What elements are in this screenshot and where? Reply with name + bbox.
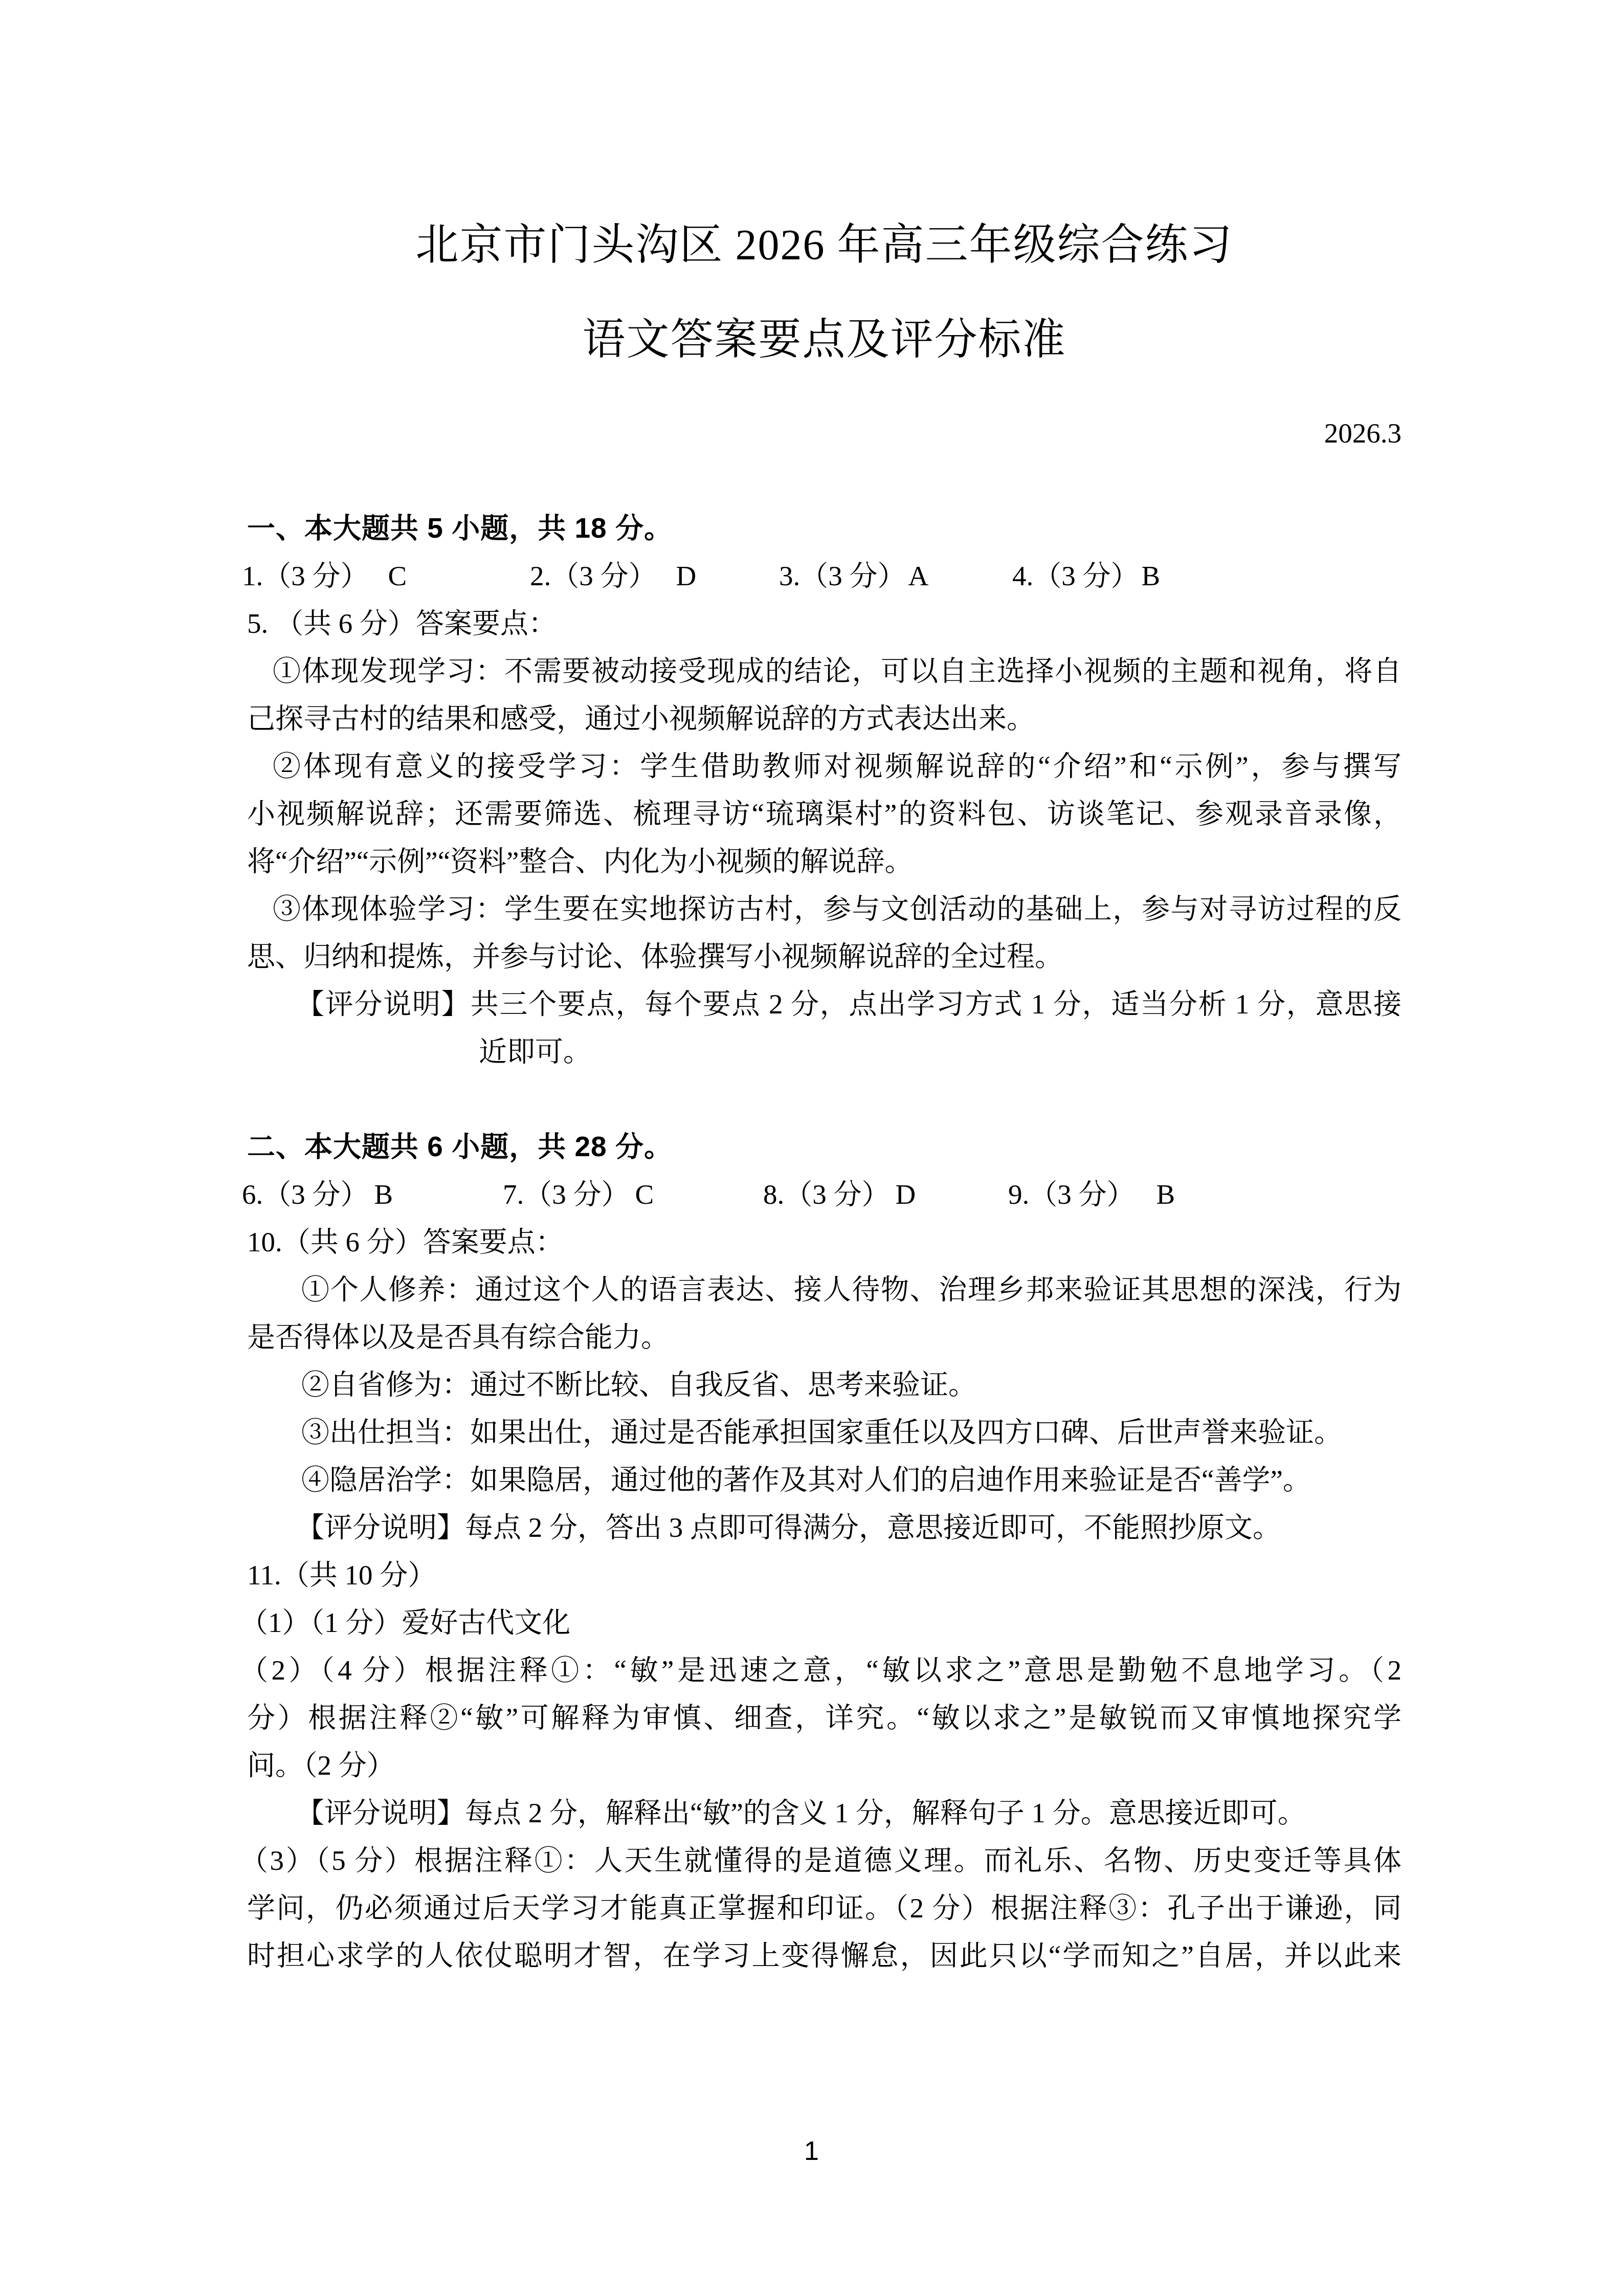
- section2-heading: 二、本大题共 6 小题，共 28 分。: [247, 1123, 1402, 1171]
- mcq-row-2: 6.（3 分）B 7.（3 分）C 8.（3 分）D 9.（3 分）B: [242, 1171, 1402, 1218]
- mcq-answer: B: [1142, 560, 1161, 591]
- q5-lead: 5. （共 6 分）答案要点：: [247, 600, 1402, 647]
- doc-title: 北京市门头沟区 2026 年高三年级综合练习: [247, 210, 1402, 281]
- mcq-answer: D: [896, 1179, 916, 1210]
- mcq-item-q7: 7.（3 分）C: [503, 1171, 763, 1218]
- mcq-item-q6: 6.（3 分）B: [242, 1171, 503, 1218]
- mcq-item-q2: 2.（3 分）D: [530, 552, 779, 600]
- mcq-answer: C: [388, 560, 407, 591]
- mcq-label: 1.（3 分）: [242, 560, 369, 591]
- q5-point2-line1: ②体现有意义的接受学习：学生借助教师对视频解说辞的“介绍”和“示例”，参与撰写: [247, 742, 1402, 790]
- q5-scoring-line2: 近即可。: [247, 1028, 1402, 1075]
- mcq-label: 2.（3 分）: [530, 560, 657, 591]
- mcq-label: 9.（3 分）: [1008, 1179, 1135, 1210]
- q11-part2-scoring: 【评分说明】每点 2 分，解释出“敏”的含义 1 分，解释句子 1 分。意思接近…: [247, 1789, 1402, 1837]
- mcq-answer: B: [1157, 1179, 1175, 1210]
- q11-part2-line2: 分）根据注释②“敏”可解释为审慎、细查，详究。“敏以求之”是敏锐而又审慎地探究学: [247, 1694, 1402, 1741]
- mcq-label: 7.（3 分）: [503, 1179, 630, 1210]
- q10-point2: ②自省修为：通过不断比较、自我反省、思考来验证。: [247, 1361, 1402, 1408]
- q10-lead: 10.（共 6 分）答案要点：: [247, 1218, 1402, 1266]
- q10-point3: ③出仕担当：如果出仕，通过是否能承担国家重任以及四方口碑、后世声誉来验证。: [247, 1408, 1402, 1456]
- page-number: 1: [0, 2136, 1623, 2167]
- q11-part1: （1）（1 分）爱好古代文化: [240, 1599, 1402, 1646]
- q11-part3-line2: 学问，仍必须通过后天学习才能真正掌握和印证。（2 分）根据注释③：孔子出于谦逊，…: [247, 1884, 1402, 1932]
- q11-part2-line1: （2）（4 分）根据注释①：“敏”是迅速之意，“敏以求之”意思是勤勉不息地学习。…: [240, 1646, 1402, 1694]
- q5-point3-line2: 思、归纳和提炼，并参与讨论、体验撰写小视频解说辞的全过程。: [247, 933, 1402, 980]
- doc-subtitle: 语文答案要点及评分标准: [247, 304, 1402, 376]
- mcq-label: 6.（3 分）: [242, 1179, 369, 1210]
- q11-part3-line3: 时担心求学的人依仗聪明才智，在学习上变得懈怠，因此只以“学而知之”自居，并以此来: [247, 1932, 1402, 1979]
- mcq-item-q1: 1.（3 分）C: [242, 552, 530, 600]
- q10-point4: ④隐居治学：如果隐居，通过他的著作及其对人们的启迪作用来验证是否“善学”。: [247, 1456, 1402, 1504]
- mcq-label: 3.（3 分）: [779, 560, 906, 591]
- blank-line: [247, 1075, 1402, 1123]
- mcq-row-1: 1.（3 分）C 2.（3 分）D 3.（3 分）A 4.（3 分）B: [242, 552, 1402, 600]
- q5-point2-line3: 将“介绍”“示例”“资料”整合、内化为小视频的解说辞。: [247, 837, 1402, 885]
- blank-line: [247, 457, 1402, 504]
- q5-point3-line1: ③体现体验学习：学生要在实地探访古村，参与文创活动的基础上，参与对寻访过程的反: [247, 885, 1402, 933]
- q11-part3-line1: （3）（5 分）根据注释①：人天生就懂得的是道德义理。而礼乐、名物、历史变迁等具…: [240, 1837, 1402, 1884]
- document-page: 北京市门头沟区 2026 年高三年级综合练习 语文答案要点及评分标准 2026.…: [0, 0, 1623, 2296]
- mcq-item-q9: 9.（3 分）B: [1008, 1171, 1175, 1218]
- mcq-answer: C: [635, 1179, 654, 1210]
- section1-heading: 一、本大题共 5 小题，共 18 分。: [247, 504, 1402, 552]
- mcq-item-q3: 3.（3 分）A: [779, 552, 1012, 600]
- q10-point1-line2: 是否得体以及是否具有综合能力。: [247, 1313, 1402, 1361]
- mcq-item-q8: 8.（3 分）D: [763, 1171, 1008, 1218]
- q10-point1-line1: ①个人修养：通过这个人的语言表达、接人待物、治理乡邦来验证其思想的深浅，行为: [247, 1266, 1402, 1313]
- q11-part2-line3: 问。（2 分）: [247, 1741, 1402, 1789]
- q11-lead: 11.（共 10 分）: [247, 1551, 1402, 1599]
- q5-point1-line2: 己探寻古村的结果和感受，通过小视频解说辞的方式表达出来。: [247, 695, 1402, 742]
- mcq-label: 8.（3 分）: [763, 1179, 890, 1210]
- q5-scoring-line1: 【评分说明】共三个要点，每个要点 2 分，点出学习方式 1 分，适当分析 1 分…: [247, 980, 1402, 1028]
- mcq-item-q4: 4.（3 分）B: [1012, 552, 1160, 600]
- mcq-label: 4.（3 分）: [1012, 560, 1139, 591]
- mcq-answer: B: [374, 1179, 393, 1210]
- mcq-answer: A: [908, 560, 929, 591]
- doc-date: 2026.3: [247, 409, 1402, 457]
- q5-point2-line2: 小视频解说辞；还需要筛选、梳理寻访“琉璃渠村”的资料包、访谈笔记、参观录音录像，: [247, 790, 1402, 837]
- mcq-answer: D: [676, 560, 697, 591]
- q5-point1-line1: ①体现发现学习：不需要被动接受现成的结论，可以自主选择小视频的主题和视角，将自: [247, 647, 1402, 695]
- q10-scoring: 【评分说明】每点 2 分，答出 3 点即可得满分，意思接近即可，不能照抄原文。: [247, 1504, 1402, 1551]
